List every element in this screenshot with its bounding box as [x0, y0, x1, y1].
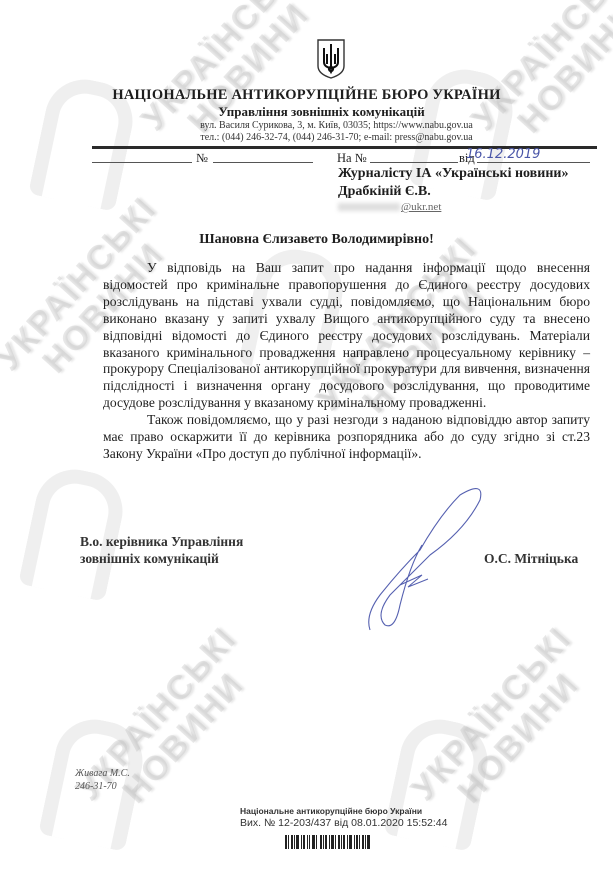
body-paragraph: У відповідь на Ваш запит про надання інф…	[103, 260, 590, 412]
signatory-name: О.С. Мітніцька	[484, 551, 578, 567]
recipient-title: Журналісту ІА «Українські новини»	[338, 166, 568, 182]
redacted-email-part	[338, 203, 400, 211]
watermark-text: УКРАЇНСЬКІНОВИНИ	[405, 620, 605, 831]
handwritten-date: 16.12.2019	[466, 147, 540, 162]
number-line	[92, 162, 192, 163]
recipient-name: Драбкіній Є.В.	[338, 184, 431, 200]
registration-number: Вих. № 12-203/437 від 08.01.2020 15:52:4…	[240, 817, 447, 829]
date-line	[477, 162, 590, 163]
number-line	[213, 162, 313, 163]
handwritten-signature-icon	[360, 475, 500, 635]
outgoing-number-label: №	[196, 151, 208, 166]
salutation: Шановна Єлизавето Володимирівно!	[0, 232, 613, 248]
watermark-text: УКРАЇНСЬКІНОВИНИ	[70, 620, 270, 831]
watermark-logo-icon	[18, 462, 130, 602]
signatory-position: В.о. керівника Управління зовнішніх кому…	[80, 533, 243, 567]
body-paragraph: Також повідомляємо, що у разі незгоди з …	[103, 412, 590, 463]
barcode-icon	[285, 835, 400, 849]
registration-org: Національне антикорупційне бюро України	[240, 806, 422, 816]
recipient-email: @ukr.net	[338, 201, 441, 213]
watermark-logo-icon	[383, 712, 495, 852]
org-contacts: тел.: (044) 246-32-74, (044) 246-31-70; …	[0, 132, 613, 143]
department-name: Управління зовнішніх комунікацій	[0, 104, 613, 120]
coat-of-arms-trident-icon	[316, 38, 346, 80]
executor-info: Живага М.С. 246-31-70	[75, 767, 130, 793]
org-address: вул. Василя Сурикова, 3, м. Київ, 03035;…	[0, 120, 613, 131]
in-reply-line	[370, 162, 458, 163]
letter-body: У відповідь на Ваш запит про надання інф…	[103, 260, 590, 463]
letter-page: УКРАЇНСЬКІНОВИНИ УКРАЇНСЬКІНОВИНИ УКРАЇН…	[0, 0, 613, 869]
org-name: НАЦІОНАЛЬНЕ АНТИКОРУПЦІЙНЕ БЮРО УКРАЇНИ	[0, 87, 613, 104]
in-reply-label: На №	[337, 151, 367, 166]
